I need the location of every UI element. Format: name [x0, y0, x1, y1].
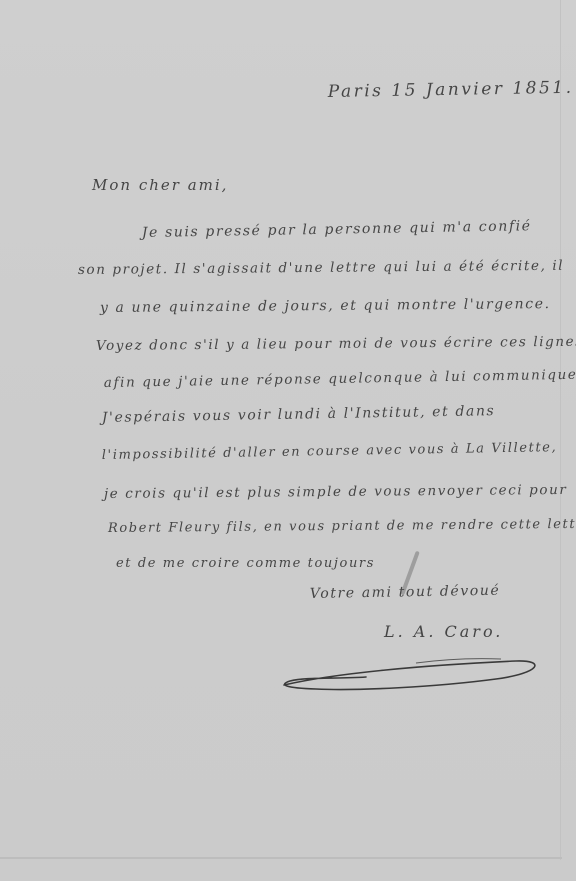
page-edge-right	[560, 0, 561, 860]
body-line-9: Robert Fleury fils, en vous priant de me…	[108, 517, 576, 536]
body-line-4: Voyez donc s'il y a lieu pour moi de vou…	[96, 334, 576, 354]
body-line-1: Je suis pressé par la personne qui m'a c…	[142, 218, 532, 241]
salutation: Mon cher ami,	[92, 176, 228, 194]
body-line-7: l'impossibilité d'aller en course avec v…	[102, 440, 558, 463]
closing: Votre ami tout dévoué	[310, 583, 501, 602]
page-edge-bottom	[0, 857, 562, 859]
letter-page: Paris 15 Janvier 1851. Mon cher ami, Je …	[0, 0, 576, 881]
body-line-10: et de me croire comme toujours	[116, 556, 375, 571]
body-line-5: afin que j'aie une réponse quelconque à …	[104, 367, 576, 391]
signature: L. A. Caro.	[384, 622, 503, 641]
signature-flourish	[276, 655, 546, 700]
date-line: Paris 15 Janvier 1851.	[328, 78, 574, 102]
body-line-6: J'espérais vous voir lundi à l'Institut,…	[102, 403, 496, 426]
body-line-3: y a une quinzaine de jours, et qui montr…	[100, 296, 551, 316]
body-line-8: je crois qu'il est plus simple de vous e…	[104, 482, 568, 502]
body-line-2: son projet. Il s'agissait d'une lettre q…	[78, 258, 564, 278]
